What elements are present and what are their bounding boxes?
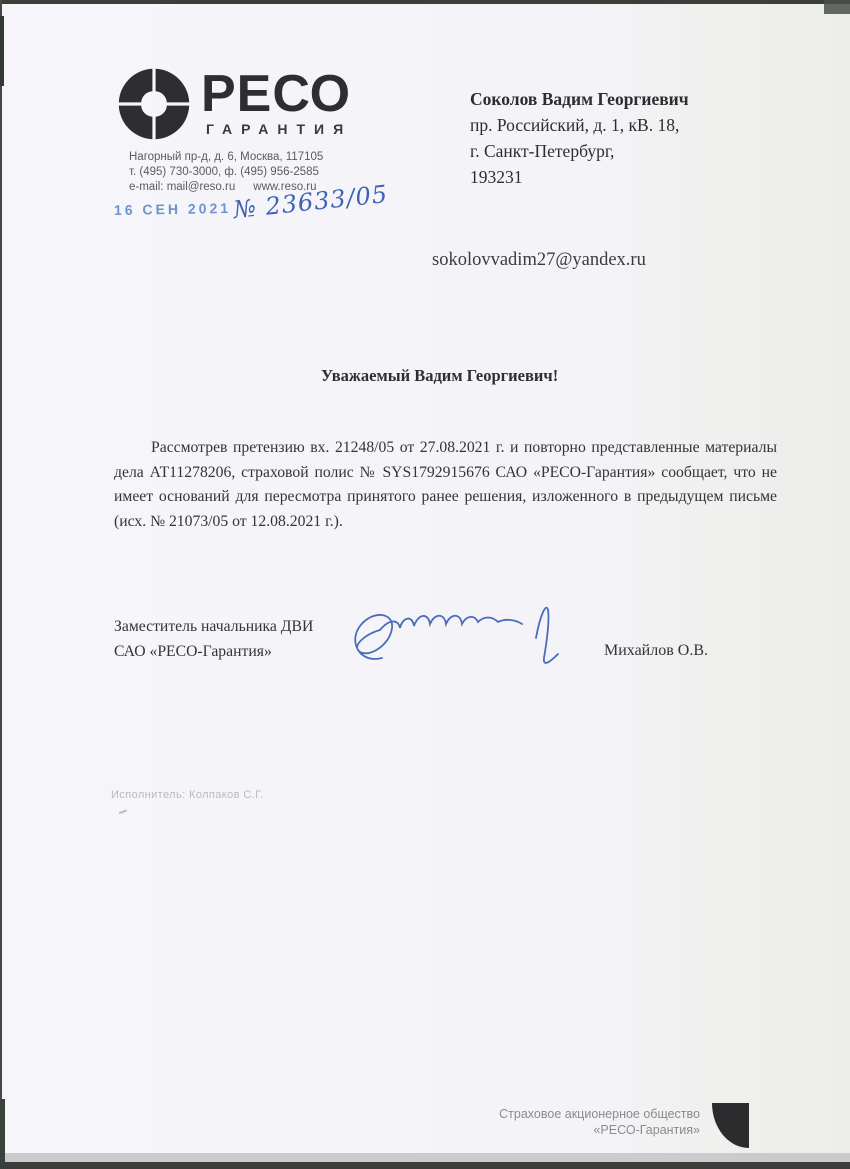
scan-edge-bottom-band bbox=[0, 1153, 850, 1162]
recipient-address-block: Соколов Вадим Георгиевич пр. Российский,… bbox=[470, 86, 780, 190]
reso-leaf-mark-icon bbox=[712, 1103, 749, 1148]
recipient-city: г. Санкт-Петербург, bbox=[470, 138, 780, 164]
salutation: Уважаемый Вадим Георгиевич! bbox=[321, 366, 558, 386]
scan-edge-bottom-left bbox=[0, 1099, 5, 1169]
pen-mark bbox=[117, 805, 127, 814]
handwritten-signature bbox=[340, 594, 608, 678]
recipient-postal-code: 193231 bbox=[470, 164, 780, 190]
scan-edge-left-top bbox=[0, 16, 4, 86]
company-phone-line: т. (495) 730-3000, ф. (495) 956-2585 bbox=[129, 165, 359, 180]
scan-edge-left bbox=[0, 0, 2, 1169]
footer-company-line2: «РЕСО-Гарантия» bbox=[400, 1122, 700, 1138]
signer-position-line1: Заместитель начальника ДВИ bbox=[114, 614, 313, 639]
footer-company-block: Страховое акционерное общество «РЕСО-Гар… bbox=[400, 1106, 700, 1138]
brand-subtitle: ГАРАНТИЯ bbox=[206, 121, 352, 137]
scan-edge-right-top bbox=[824, 0, 850, 14]
recipient-name: Соколов Вадим Георгиевич bbox=[470, 86, 780, 112]
scanned-letter-page: РЕСО ГАРАНТИЯ Нагорный пр-д, д. 6, Москв… bbox=[0, 0, 850, 1169]
executor-line: Исполнитель: Колпаков С.Г. bbox=[111, 789, 264, 801]
scan-edge-bottom bbox=[0, 1162, 850, 1169]
signer-position-block: Заместитель начальника ДВИ САО «РЕСО-Гар… bbox=[114, 614, 313, 664]
brand-name: РЕСО bbox=[201, 64, 351, 124]
scan-edge-top bbox=[0, 0, 850, 4]
signer-name: Михайлов О.В. bbox=[604, 642, 708, 660]
footer-company-line1: Страховое акционерное общество bbox=[400, 1106, 700, 1122]
incoming-date-stamp: 16 СЕН 2021 bbox=[114, 200, 231, 218]
recipient-street: пр. Российский, д. 1, кВ. 18, bbox=[470, 112, 780, 138]
reso-pinwheel-logo-icon bbox=[110, 64, 198, 144]
recipient-email: sokolovvadim27@yandex.ru bbox=[432, 250, 646, 271]
signer-position-line2: САО «РЕСО-Гарантия» bbox=[114, 639, 313, 664]
letter-body-paragraph: Рассмотрев претензию вх. 21248/05 от 27.… bbox=[114, 436, 777, 534]
company-email: e-mail: mail@reso.ru bbox=[129, 181, 235, 193]
company-address-line: Нагорный пр-д, д. 6, Москва, 117105 bbox=[129, 150, 359, 165]
